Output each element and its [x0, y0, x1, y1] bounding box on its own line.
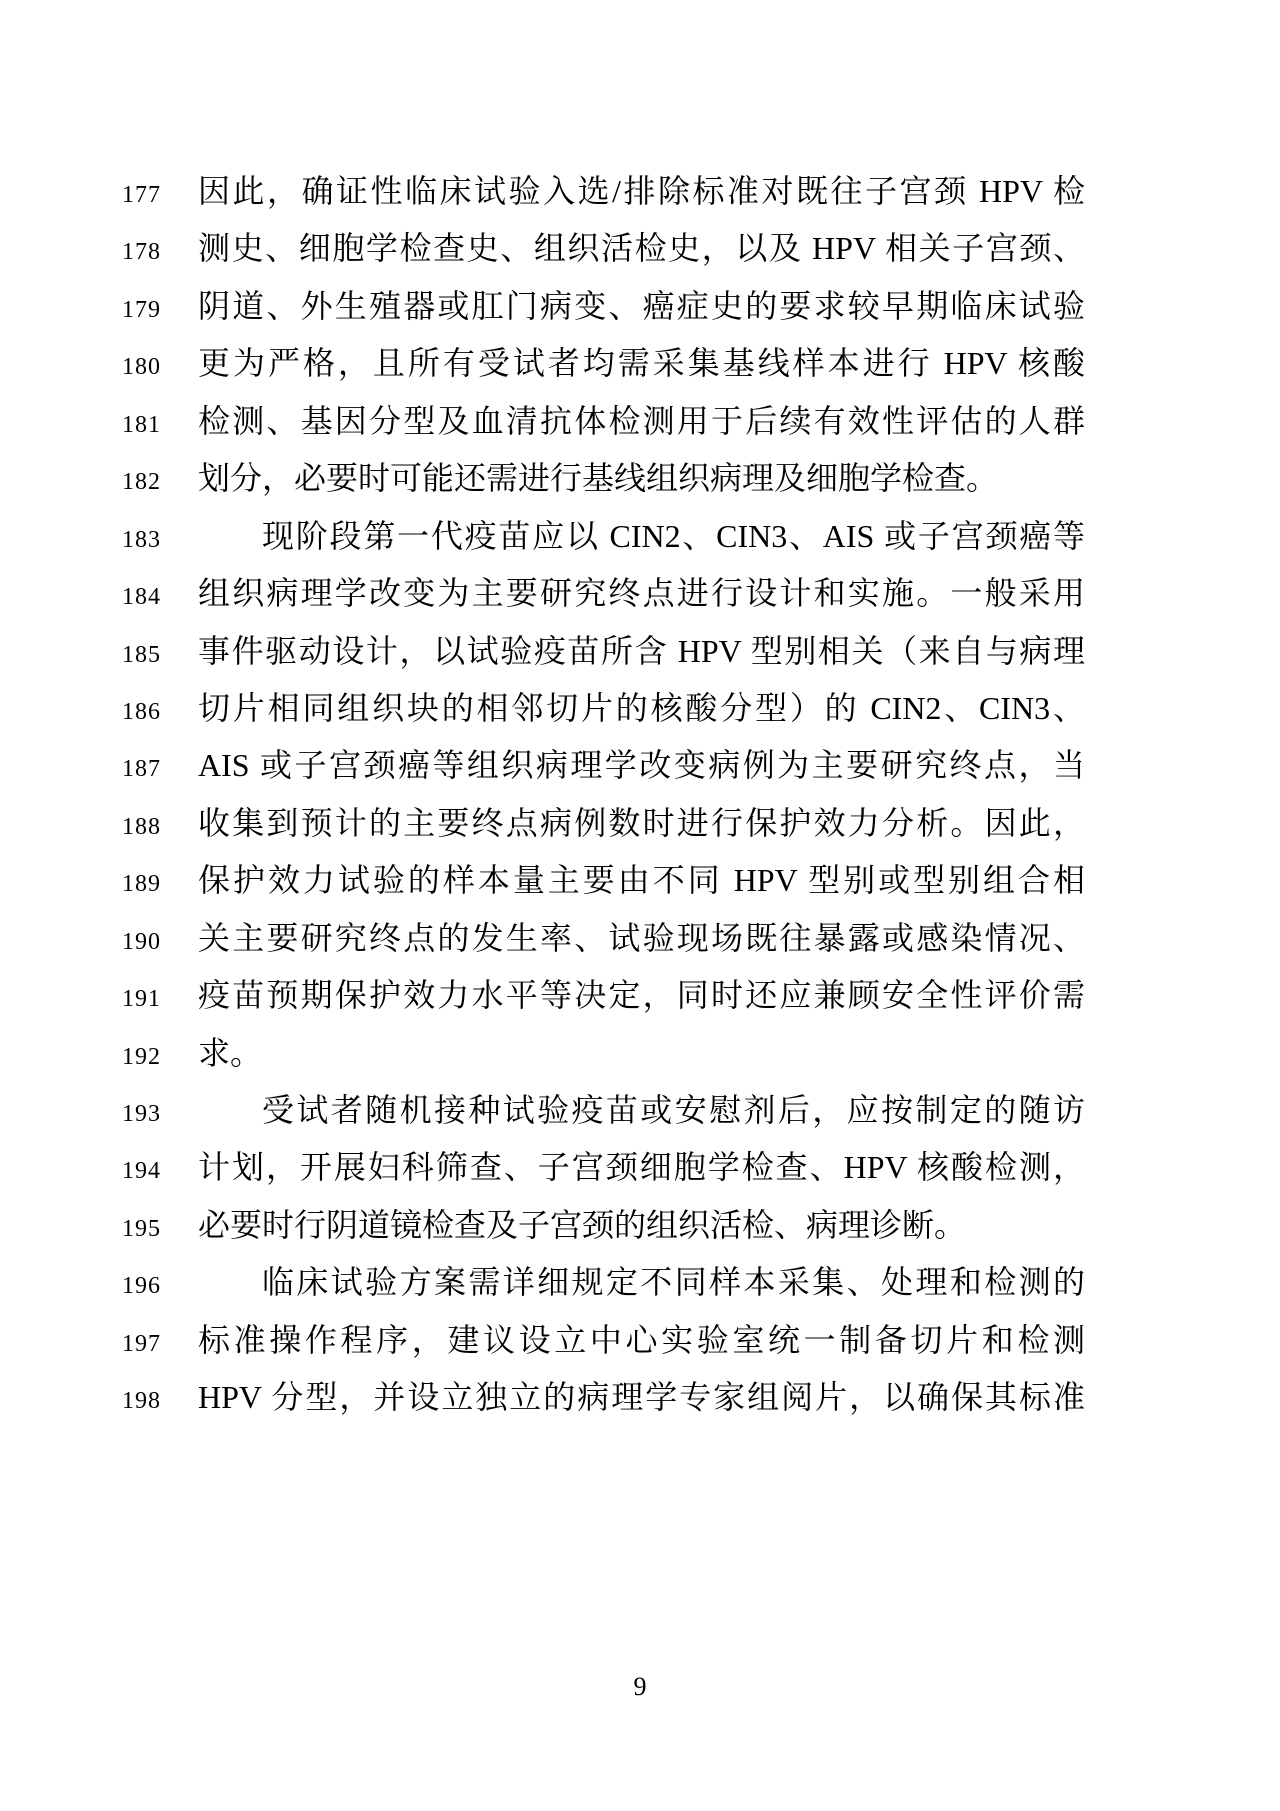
line-text: 关主要研究终点的发生率、试验现场既往暴露或感染情况、: [198, 910, 1085, 967]
text-line: 182 划分，必要时可能还需进行基线组织病理及细胞学检查。: [122, 450, 1085, 507]
line-number: 180: [122, 339, 161, 396]
text-line: 185 事件驱动设计，以试验疫苗所含 HPV 型别相关（来自与病理: [122, 623, 1085, 680]
line-text: 临床试验方案需详细规定不同样本采集、处理和检测的: [198, 1254, 1085, 1311]
line-text: 切片相同组织块的相邻切片的核酸分型）的 CIN2、CIN3、: [198, 680, 1085, 737]
text-line: 180 更为严格，且所有受试者均需采集基线样本进行 HPV 核酸: [122, 335, 1085, 392]
text-line: 194 计划，开展妇科筛查、子宫颈细胞学检查、HPV 核酸检测，: [122, 1139, 1085, 1196]
page-number: 9: [0, 1672, 1280, 1702]
line-text: HPV 分型，并设立独立的病理学专家组阅片，以确保其标准: [198, 1369, 1085, 1426]
text-line: 193 受试者随机接种试验疫苗或安慰剂后，应按制定的随访: [122, 1082, 1085, 1139]
line-text: 事件驱动设计，以试验疫苗所含 HPV 型别相关（来自与病理: [198, 623, 1085, 680]
line-number: 181: [122, 397, 161, 454]
line-number: 192: [122, 1029, 161, 1086]
line-text: 求。: [198, 1025, 1085, 1082]
line-text: AIS 或子宫颈癌等组织病理学改变病例为主要研究终点，当: [198, 737, 1085, 794]
text-line: 190 关主要研究终点的发生率、试验现场既往暴露或感染情况、: [122, 910, 1085, 967]
line-number: 178: [122, 224, 161, 281]
line-number: 187: [122, 741, 161, 798]
line-number: 196: [122, 1258, 161, 1315]
line-number: 182: [122, 454, 161, 511]
text-line: 196 临床试验方案需详细规定不同样本采集、处理和检测的: [122, 1254, 1085, 1311]
text-lines: 177 因此，确证性临床试验入选/排除标准对既往子宫颈 HPV 检 178 测史…: [122, 163, 1085, 1427]
text-line: 184 组织病理学改变为主要研究终点进行设计和实施。一般采用: [122, 565, 1085, 622]
line-text: 划分，必要时可能还需进行基线组织病理及细胞学检查。: [198, 450, 1085, 507]
text-line: 197 标准操作程序，建议设立中心实验室统一制备切片和检测: [122, 1312, 1085, 1369]
line-number: 195: [122, 1201, 161, 1258]
line-number: 177: [122, 167, 161, 224]
text-line: 181 检测、基因分型及血清抗体检测用于后续有效性评估的人群: [122, 393, 1085, 450]
line-text: 疫苗预期保护效力水平等决定，同时还应兼顾安全性评价需: [198, 967, 1085, 1024]
line-text: 组织病理学改变为主要研究终点进行设计和实施。一般采用: [198, 565, 1085, 622]
text-line: 186 切片相同组织块的相邻切片的核酸分型）的 CIN2、CIN3、: [122, 680, 1085, 737]
line-number: 194: [122, 1143, 161, 1200]
line-number: 190: [122, 914, 161, 971]
text-line: 188 收集到预计的主要终点病例数时进行保护效力分析。因此，: [122, 795, 1085, 852]
text-line: 198 HPV 分型，并设立独立的病理学专家组阅片，以确保其标准: [122, 1369, 1085, 1426]
line-number: 183: [122, 512, 161, 569]
line-text: 收集到预计的主要终点病例数时进行保护效力分析。因此，: [198, 795, 1085, 852]
text-line: 195 必要时行阴道镜检查及子宫颈的组织活检、病理诊断。: [122, 1197, 1085, 1254]
text-line: 189 保护效力试验的样本量主要由不同 HPV 型别或型别组合相: [122, 852, 1085, 909]
line-number: 184: [122, 569, 161, 626]
line-text: 标准操作程序，建议设立中心实验室统一制备切片和检测: [198, 1312, 1085, 1369]
text-line: 183 现阶段第一代疫苗应以 CIN2、CIN3、AIS 或子宫颈癌等: [122, 508, 1085, 565]
line-text: 检测、基因分型及血清抗体检测用于后续有效性评估的人群: [198, 393, 1085, 450]
line-text: 必要时行阴道镜检查及子宫颈的组织活检、病理诊断。: [198, 1197, 1085, 1254]
text-line: 179 阴道、外生殖器或肛门病变、癌症史的要求较早期临床试验: [122, 278, 1085, 335]
line-number: 186: [122, 684, 161, 741]
text-line: 191 疫苗预期保护效力水平等决定，同时还应兼顾安全性评价需: [122, 967, 1085, 1024]
line-text: 现阶段第一代疫苗应以 CIN2、CIN3、AIS 或子宫颈癌等: [198, 508, 1085, 565]
line-text: 更为严格，且所有受试者均需采集基线样本进行 HPV 核酸: [198, 335, 1085, 392]
line-text: 受试者随机接种试验疫苗或安慰剂后，应按制定的随访: [198, 1082, 1085, 1139]
line-number: 179: [122, 282, 161, 339]
text-line: 192 求。: [122, 1025, 1085, 1082]
line-number: 188: [122, 799, 161, 856]
line-number: 185: [122, 627, 161, 684]
line-text: 阴道、外生殖器或肛门病变、癌症史的要求较早期临床试验: [198, 278, 1085, 335]
line-number: 191: [122, 971, 161, 1028]
line-number: 189: [122, 856, 161, 913]
line-number: 198: [122, 1373, 161, 1430]
text-line: 177 因此，确证性临床试验入选/排除标准对既往子宫颈 HPV 检: [122, 163, 1085, 220]
line-text: 计划，开展妇科筛查、子宫颈细胞学检查、HPV 核酸检测，: [198, 1139, 1085, 1196]
line-text: 保护效力试验的样本量主要由不同 HPV 型别或型别组合相: [198, 852, 1085, 909]
text-line: 187 AIS 或子宫颈癌等组织病理学改变病例为主要研究终点，当: [122, 737, 1085, 794]
line-text: 测史、细胞学检查史、组织活检史，以及 HPV 相关子宫颈、: [198, 220, 1085, 277]
document-page: 177 因此，确证性临床试验入选/排除标准对既往子宫颈 HPV 检 178 测史…: [0, 0, 1280, 1811]
line-number: 197: [122, 1316, 161, 1373]
line-number: 193: [122, 1086, 161, 1143]
line-text: 因此，确证性临床试验入选/排除标准对既往子宫颈 HPV 检: [198, 163, 1085, 220]
text-line: 178 测史、细胞学检查史、组织活检史，以及 HPV 相关子宫颈、: [122, 220, 1085, 277]
